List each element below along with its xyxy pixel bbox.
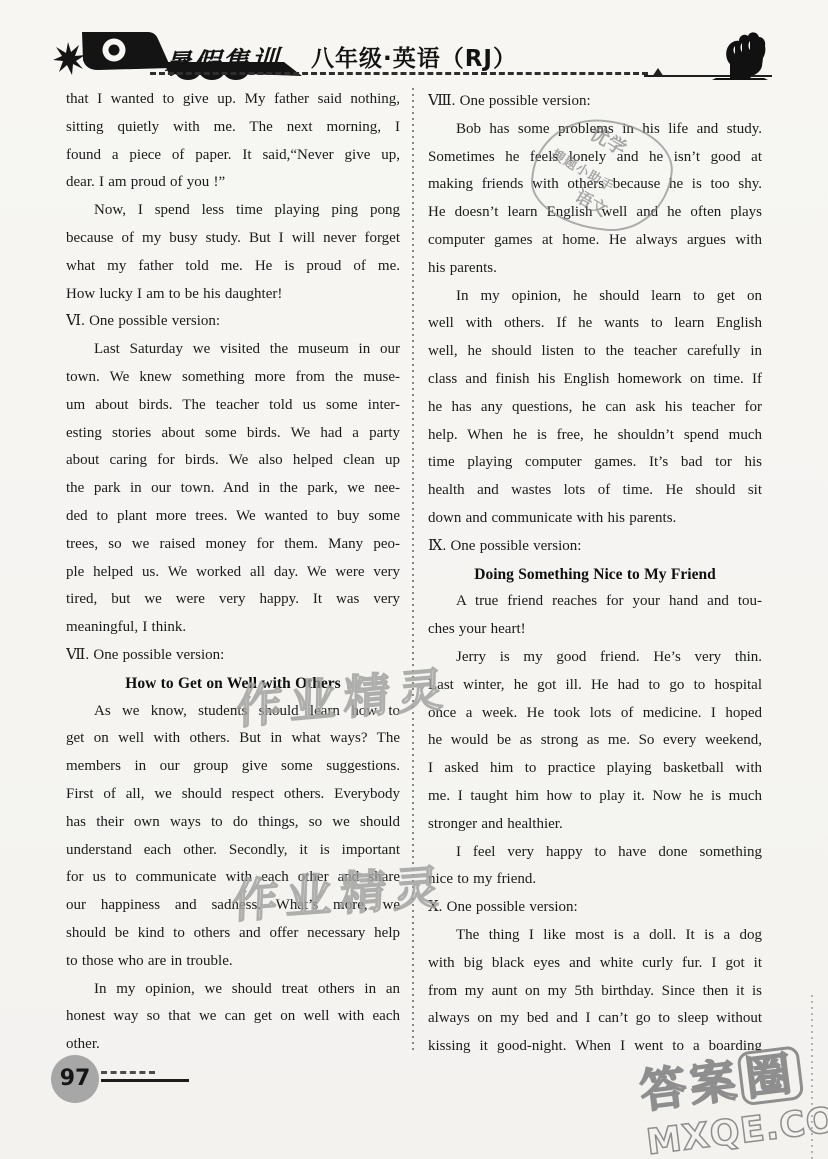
text-line: ple helped us. We worked all day. We wer… <box>66 559 400 587</box>
text-line: First of all, we should respect others. … <box>66 781 400 809</box>
page: 暑假集训 八年级·英语（RJ） that I wanted to give up… <box>0 0 828 1159</box>
text-line: ches your heart! <box>428 616 762 644</box>
text-line: his parents. <box>428 255 762 283</box>
text-line: Ⅷ. One possible version: <box>428 88 762 116</box>
text-line: sitting quietly with me. The next mornin… <box>66 114 400 142</box>
text-line: Jerry is my good friend. He’s very thin. <box>428 644 762 672</box>
text-line: esting stories about some birds. We had … <box>66 420 400 448</box>
text-line: The thing I like most is a doll. It is a… <box>428 922 762 950</box>
text-line: I asked him to practice playing basketba… <box>428 755 762 783</box>
text-line: time playing computer games. It’s bad to… <box>428 449 762 477</box>
text-line: get on well with others. But in what way… <box>66 725 400 753</box>
text-line: help. When he is free, he shouldn’t spen… <box>428 422 762 450</box>
text-line: about caring for birds. We also helped c… <box>66 447 400 475</box>
text-line: class and finish his English homework on… <box>428 366 762 394</box>
brand-char: 答 <box>637 1059 693 1119</box>
text-line: he has any questions, he can ask his tea… <box>428 394 762 422</box>
text-line: health and wastes lots of time. He shoul… <box>428 477 762 505</box>
text-line: ded to plant more trees. We wanted to bu… <box>66 503 400 531</box>
text-line: what my father told me. He is proud of m… <box>66 253 400 281</box>
text-line: to those who are in trouble. <box>66 948 400 976</box>
text-line: members in our group give some suggestio… <box>66 753 400 781</box>
page-number-badge: 97 <box>51 1055 99 1103</box>
text-line: Doing Something Nice to My Friend <box>428 561 762 589</box>
text-line: from my aunt on my 5th birthday. Since t… <box>428 978 762 1006</box>
text-line: Now, I spend less time playing ping pong <box>66 197 400 225</box>
page-title: 八年级·英语（RJ） <box>0 40 828 73</box>
text-line: In my opinion, he should learn to get on <box>428 283 762 311</box>
text-line: well, he should listen to the teacher ca… <box>428 338 762 366</box>
text-line: computer games at home. He always argues… <box>428 227 762 255</box>
text-line: Last Saturday we visited the museum in o… <box>66 336 400 364</box>
text-line: Ⅸ. One possible version: <box>428 533 762 561</box>
text-line: always on my bed and I can’t go to sleep… <box>428 1005 762 1033</box>
text-line: the park in our town. And in the park, w… <box>66 475 400 503</box>
text-line: other. <box>66 1031 400 1059</box>
text-line: Ⅵ. One possible version: <box>66 308 400 336</box>
text-line: because of my busy study. But I will nev… <box>66 225 400 253</box>
text-line: um about birds. The teacher told us some… <box>66 392 400 420</box>
text-line: well with others. If he wants to learn E… <box>428 310 762 338</box>
text-line: Last winter, he got ill. He had to go to… <box>428 672 762 700</box>
text-line: tired, but we were very happy. It was ve… <box>66 586 400 614</box>
text-line: found a piece of paper. It said,“Never g… <box>66 142 400 170</box>
text-line: honest way so that we can get on well wi… <box>66 1003 400 1031</box>
text-line: meaningful, I think. <box>66 614 400 642</box>
stamp-line-1: 优学 <box>585 119 631 161</box>
text-line: town. We knew something more from the mu… <box>66 364 400 392</box>
header-dashed-line <box>150 72 648 75</box>
text-line: I feel very happy to have done something <box>428 839 762 867</box>
text-line: In my opinion, we should treat others in… <box>66 976 400 1004</box>
header-line-bump <box>652 68 664 77</box>
text-line: once a week. He took lots of medicine. I… <box>428 700 762 728</box>
text-line: stronger and healthier. <box>428 811 762 839</box>
text-line: A true friend reaches for your hand and … <box>428 588 762 616</box>
text-line: Ⅹ. One possible version: <box>428 894 762 922</box>
text-line: that I wanted to give up. My father said… <box>66 86 400 114</box>
text-line: trees, so we raised money for them. Many… <box>66 531 400 559</box>
brand-char: 案 <box>687 1053 743 1113</box>
column-right: Ⅷ. One possible version:Bob has some pro… <box>428 88 762 1061</box>
text-line: with big black eyes and white curly fur.… <box>428 950 762 978</box>
page-number-solid-line <box>101 1079 189 1082</box>
page-number-dash-line <box>101 1071 155 1074</box>
text-line: How lucky I am to be his daughter! <box>66 281 400 309</box>
text-line: has their own ways to do things, so we s… <box>66 809 400 837</box>
brand-char-boxed: 圈 <box>736 1045 804 1106</box>
text-line: nice to my friend. <box>428 866 762 894</box>
fist-icon <box>708 28 770 80</box>
text-line: down and communicate with his parents. <box>428 505 762 533</box>
watermark-zuoyejingling-2: 作业精灵 <box>231 850 449 931</box>
text-line: me. I taught him how to play it. Now he … <box>428 783 762 811</box>
text-line: he would be as strong as me. So every we… <box>428 727 762 755</box>
text-line: dear. I am proud of you !” <box>66 169 400 197</box>
